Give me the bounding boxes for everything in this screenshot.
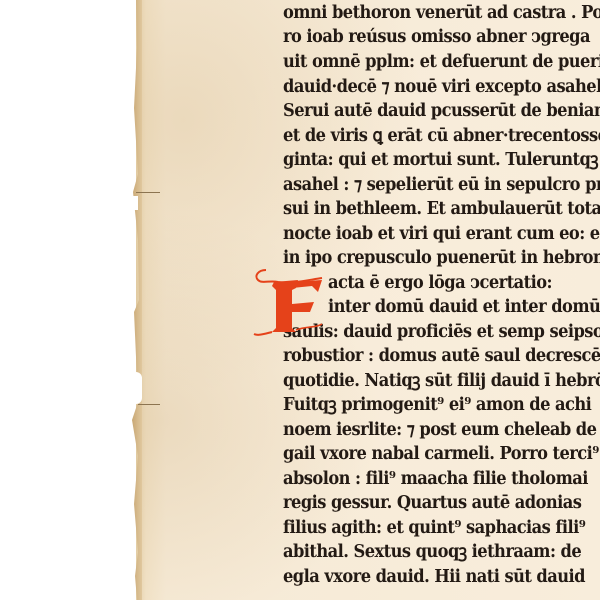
- text-line: abithal. Sextus quoqꝫ iethraam: de: [283, 540, 581, 564]
- text-line: filius agith: et quint⁹ saphacias fili⁹: [283, 516, 585, 540]
- text-line: quotidie. Natiqꝫ sūt filij dauid ī hebrō: [283, 369, 600, 393]
- text-line: inter domū dauid et inter domū: [328, 295, 600, 319]
- text-line: ro ioab reúsus omisso abner ↄgrega: [283, 25, 590, 49]
- text-line: omni bethoron venerūt ad castra . Por: [283, 1, 600, 25]
- text-line: Fuitqꝫ primogenit⁹ ei⁹ amon de achi: [283, 393, 591, 417]
- text-line: asahel : ⁊ sepelierūt eū in sepulcro pri…: [283, 173, 600, 197]
- text-line: noem iesrlite: ⁊ post eum cheleab de abi: [283, 418, 600, 442]
- text-line: absolon : fili⁹ maacha filie tholomai: [283, 467, 588, 491]
- text-line: dauid·decē ⁊ nouē viri excepto asahele: [283, 75, 600, 99]
- text-line: uit omnē pplm: et defuerunt de pueri⁹: [283, 50, 600, 74]
- text-line: nocte ioab et viri qui erant cum eo: et: [283, 222, 600, 246]
- text-line: regis gessur. Quartus autē adonias: [283, 491, 581, 515]
- edge-notch: [130, 372, 142, 404]
- paper-tear: [136, 192, 160, 193]
- text-line: Serui autē dauid pcusserūt de beniamin: [283, 99, 600, 123]
- paper-tear: [138, 404, 160, 405]
- text-line: robustior : domus autē saul decrescēs: [283, 344, 600, 368]
- text-line: et de viris ꝗ erāt cū abner·trecentosse …: [283, 124, 600, 148]
- text-line: acta ē ergo lōga ↄcertatio:: [328, 271, 552, 295]
- text-line: ginta: qui et mortui sunt. Tuleruntqꝫ: [283, 148, 598, 172]
- text-line: egla vxore dauid. Hii nati sūt dauid: [283, 565, 585, 589]
- text-line: sui in bethleem. Et ambulauerūt tota: [283, 197, 600, 221]
- text-line: in ipo crepusculo puenerūt in hebron: [283, 246, 600, 270]
- text-line: gail vxore nabal carmeli. Porro terci⁹: [283, 442, 599, 466]
- text-line: saulis: dauid proficiēs et semp seipso: [283, 320, 600, 344]
- text-column: omni bethoron venerūt ad castra . Por ro…: [283, 0, 600, 600]
- torn-left-edge: [132, 0, 142, 600]
- edge-notch: [130, 196, 138, 210]
- red-initial-f-icon: [252, 266, 328, 338]
